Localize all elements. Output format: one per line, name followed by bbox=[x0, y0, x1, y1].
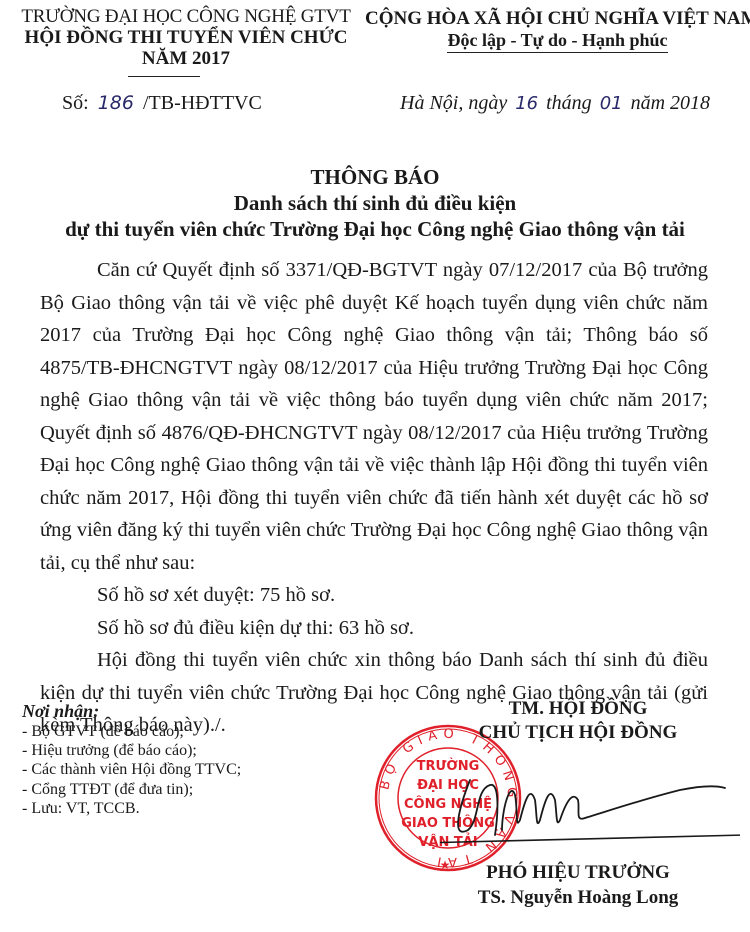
header-left-underline bbox=[128, 76, 200, 77]
recipient-item: - Hiệu trưởng (để báo cáo); bbox=[22, 741, 241, 760]
document-title: THÔNG BÁO Danh sách thí sinh đủ điều kiệ… bbox=[0, 164, 750, 242]
issuing-agency-header: TRƯỜNG ĐẠI HỌC CÔNG NGHỆ GTVT HỘI ĐỒNG T… bbox=[6, 6, 366, 70]
recipients-heading: Nơi nhận: bbox=[22, 700, 241, 722]
date-month: 01 bbox=[600, 93, 623, 114]
title-subject-line1: Danh sách thí sinh đủ điều kiện bbox=[0, 190, 750, 216]
signer-on-behalf: TM. HỘI ĐỒNG bbox=[420, 697, 736, 721]
motto: Độc lập - Tự do - Hạnh phúc bbox=[447, 29, 667, 53]
council-year: NĂM 2017 bbox=[6, 48, 366, 70]
country-name: CỘNG HÒA XÃ HỘI CHỦ NGHĨA VIỆT NAM bbox=[365, 8, 750, 29]
recipients-block: Nơi nhận: - Bộ GTVT (để báo cáo); - Hiệu… bbox=[22, 700, 241, 818]
council-name: HỘI ĐỒNG THI TUYỂN VIÊN CHỨC bbox=[6, 28, 366, 48]
date-year: năm 2018 bbox=[631, 92, 710, 114]
eligible-count: Số hồ sơ đủ điều kiện dự thi: 63 hồ sơ. bbox=[40, 612, 708, 645]
signer-role: CHỦ TỊCH HỘI ĐỒNG bbox=[420, 721, 736, 745]
date-day: 16 bbox=[515, 93, 538, 114]
date-place: Hà Nội, ngày bbox=[400, 92, 507, 114]
reviewed-count: Số hồ sơ xét duyệt: 75 hồ sơ. bbox=[40, 579, 708, 612]
recipient-item: - Bộ GTVT (để báo cáo); bbox=[22, 722, 241, 741]
university-name: TRƯỜNG ĐẠI HỌC CÔNG NGHỆ GTVT bbox=[6, 6, 366, 28]
document-body: Căn cứ Quyết định số 3371/QĐ-BGTVT ngày … bbox=[40, 254, 708, 742]
number-suffix: /TB-HĐTTVC bbox=[143, 92, 262, 114]
signature-block-top: TM. HỘI ĐỒNG CHỦ TỊCH HỘI ĐỒNG bbox=[420, 697, 736, 745]
number-prefix: Số: bbox=[62, 92, 89, 114]
title-subject-line2: dự thi tuyển viên chức Trường Đại học Cô… bbox=[0, 216, 750, 242]
recipient-item: - Cổng TTĐT (để đưa tin); bbox=[22, 780, 241, 799]
recipient-item: - Lưu: VT, TCCB. bbox=[22, 799, 241, 818]
document-number: Số: 186 /TB-HĐTTVC bbox=[62, 92, 262, 115]
signature-block-bottom: PHÓ HIỆU TRƯỞNG TS. Nguyễn Hoàng Long bbox=[420, 860, 736, 910]
handwritten-number: 186 bbox=[98, 92, 134, 114]
date-month-label: tháng bbox=[546, 92, 592, 114]
signer-position: PHÓ HIỆU TRƯỞNG bbox=[420, 860, 736, 885]
document-date: Hà Nội, ngày 16 tháng 01 năm 2018 bbox=[400, 92, 710, 115]
national-motto-header: CỘNG HÒA XÃ HỘI CHỦ NGHĨA VIỆT NAM Độc l… bbox=[365, 8, 750, 53]
recipient-item: - Các thành viên Hội đồng TTVC; bbox=[22, 760, 241, 779]
legal-basis-paragraph: Căn cứ Quyết định số 3371/QĐ-BGTVT ngày … bbox=[40, 254, 708, 579]
title-main: THÔNG BÁO bbox=[0, 164, 750, 190]
signer-name: TS. Nguyễn Hoàng Long bbox=[420, 885, 736, 910]
handwritten-signature-icon bbox=[440, 760, 740, 850]
